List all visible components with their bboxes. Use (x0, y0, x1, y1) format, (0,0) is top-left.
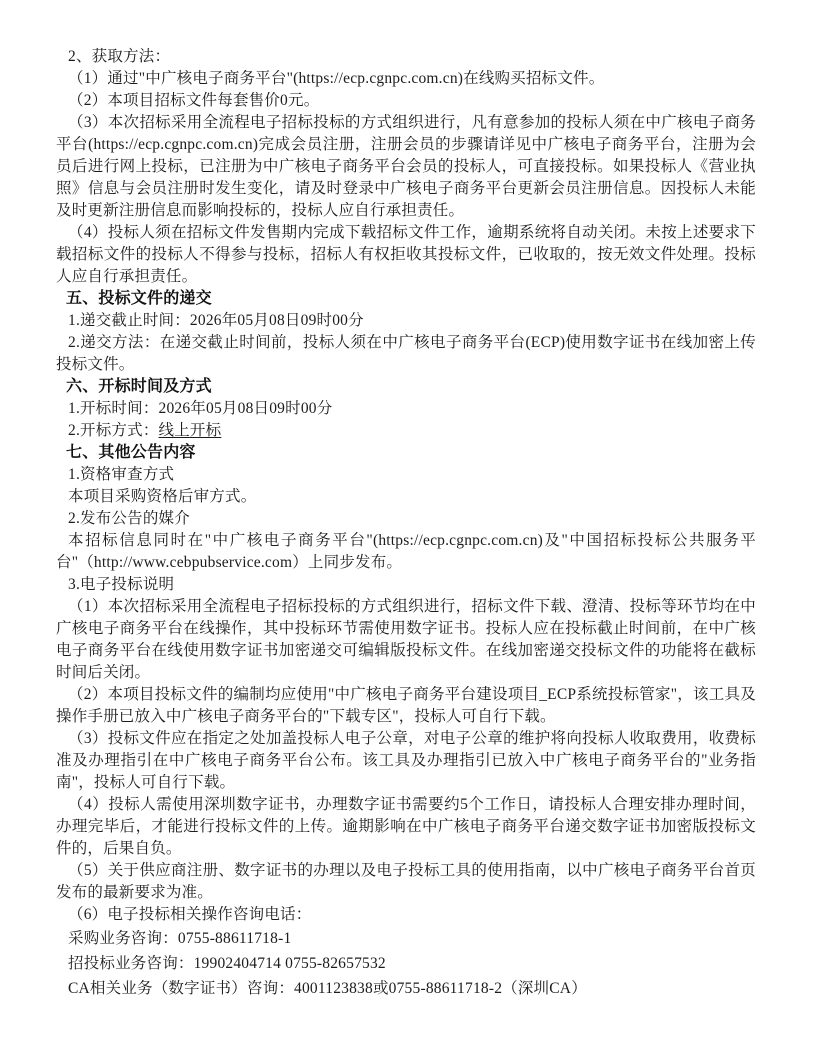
paragraph: （2）本项目投标文件的编制均应使用"中广核电子商务平台建设项目_ECP系统投标管… (56, 684, 756, 728)
paragraph: （3）投标文件应在指定之处加盖投标人电子公章，对电子公章的维护将向投标人收取费用… (56, 728, 756, 794)
paragraph: （6）电子投标相关操作咨询电话： (56, 904, 756, 926)
paragraph: 1.开标时间：2026年05月08日09时00分 (56, 398, 756, 420)
paragraph: 招投标业务咨询：19902404714 0755-82657532 (56, 951, 756, 976)
paragraph: 本项目采购资格后审方式。 (56, 486, 756, 508)
paragraph: 2、获取方法： (56, 46, 756, 68)
document-body: 2、获取方法：（1）通过"中广核电子商务平台"(https://ecp.cgnp… (56, 46, 756, 1001)
underlined-text: 线上开标 (159, 422, 222, 439)
paragraph: （3）本次招标采用全流程电子招标投标的方式组织进行，凡有意参加的投标人须在中广核… (56, 112, 756, 222)
paragraph: 1.递交截止时间：2026年05月08日09时00分 (56, 310, 756, 332)
section-heading: 七、其他公告内容 (56, 442, 756, 464)
paragraph: （4）投标人须在招标文件发售期内完成下载招标文件工作，逾期系统将自动关闭。未按上… (56, 222, 756, 288)
text-run: 2.开标方式： (68, 422, 159, 439)
document-page: 2、获取方法：（1）通过"中广核电子商务平台"(https://ecp.cgnp… (0, 0, 816, 1056)
paragraph: （4）投标人需使用深圳数字证书，办理数字证书需要约5个工作日，请投标人合理安排办… (56, 794, 756, 860)
paragraph: 采购业务咨询：0755-88611718-1 (56, 926, 756, 951)
section-heading: 五、投标文件的递交 (56, 288, 756, 310)
paragraph: 2.发布公告的媒介 (56, 508, 756, 530)
paragraph: （1）本次招标采用全流程电子招标投标的方式组织进行，招标文件下载、澄清、投标等环… (56, 596, 756, 684)
paragraph: （5）关于供应商注册、数字证书的办理以及电子投标工具的使用指南，以中广核电子商务… (56, 860, 756, 904)
paragraph: 3.电子投标说明 (56, 574, 756, 596)
paragraph: （2）本项目招标文件每套售价0元。 (56, 90, 756, 112)
paragraph: CA相关业务（数字证书）咨询：4001123838或0755-88611718-… (56, 976, 756, 1001)
paragraph: 2.开标方式：线上开标 (56, 420, 756, 442)
paragraph: 本招标信息同时在"中广核电子商务平台"(https://ecp.cgnpc.co… (56, 530, 756, 574)
paragraph: 1.资格审查方式 (56, 464, 756, 486)
paragraph: （1）通过"中广核电子商务平台"(https://ecp.cgnpc.com.c… (56, 68, 756, 90)
paragraph: 2.递交方法：在递交截止时间前，投标人须在中广核电子商务平台(ECP)使用数字证… (56, 332, 756, 376)
section-heading: 六、开标时间及方式 (56, 376, 756, 398)
